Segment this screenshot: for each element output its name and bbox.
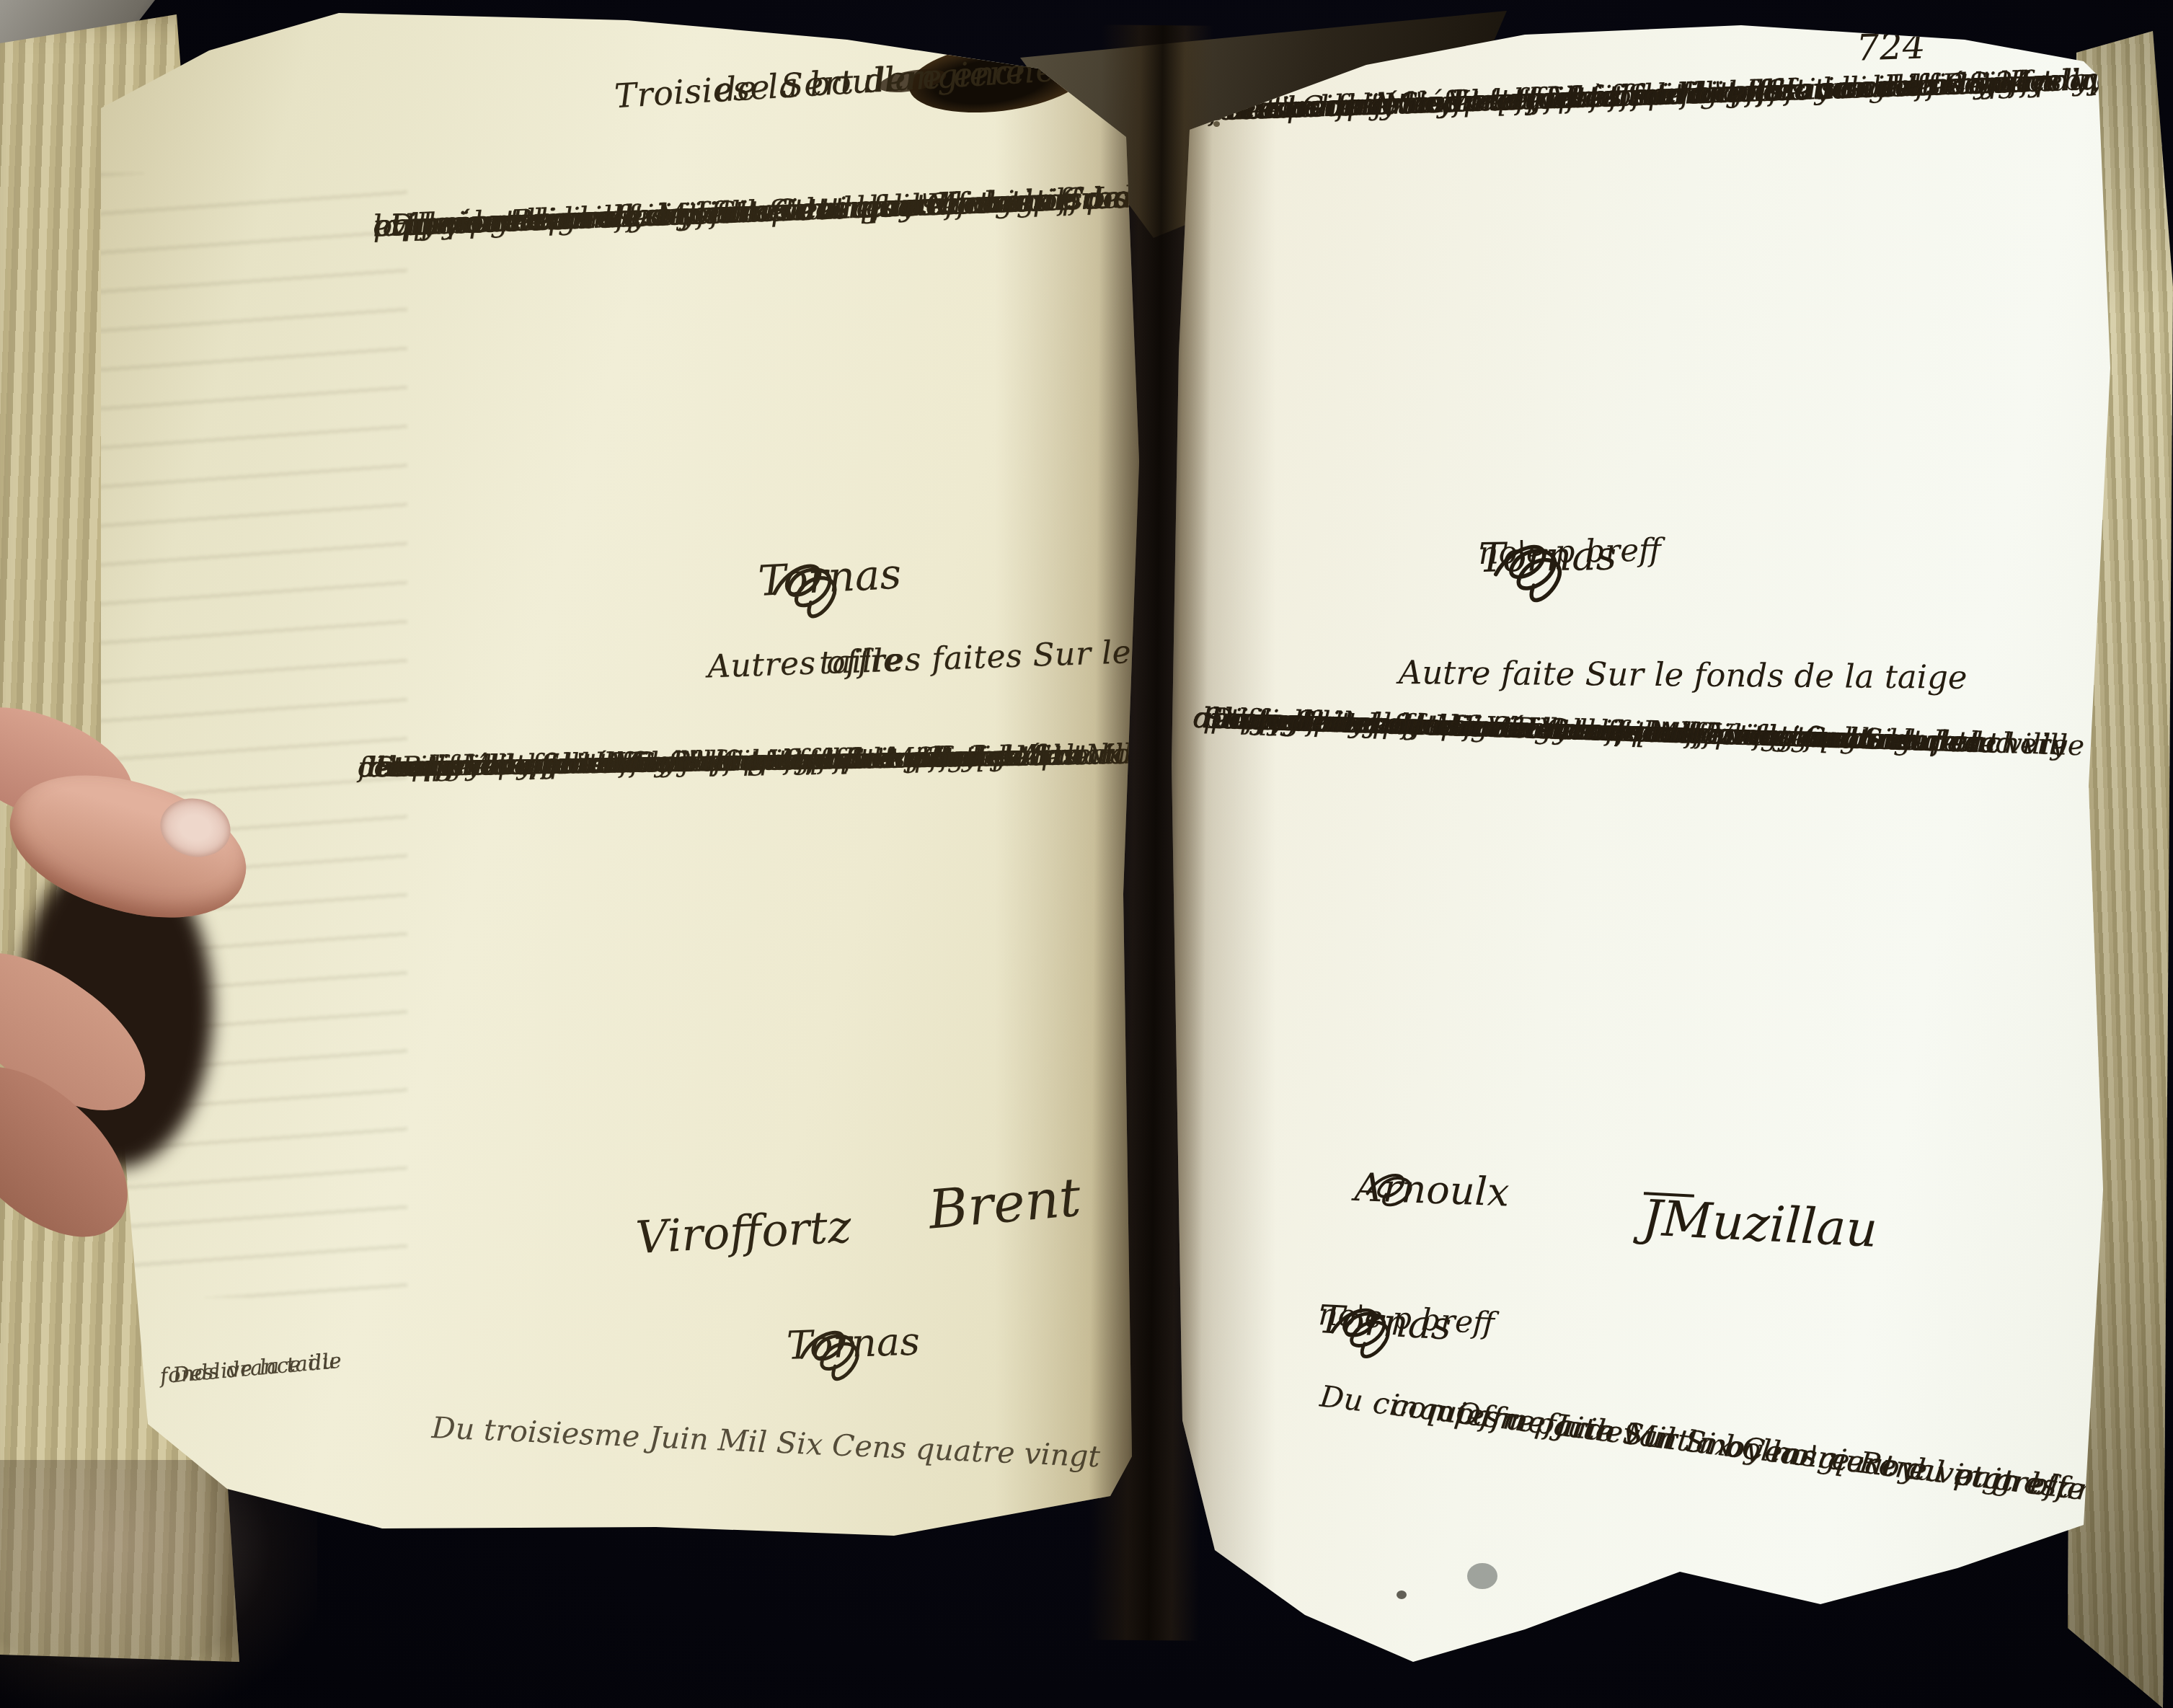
paraph-flourish-icon [1358, 1164, 1432, 1224]
signature-muzillau: JMuzillau [1644, 1190, 1694, 1198]
grey-stain [1467, 1563, 1497, 1589]
manuscript-line: fonds de la taille [159, 1346, 343, 1391]
dark-stain [1397, 1590, 1407, 1599]
manuscript-line: comparu pardevant moy no're Royal et gre… [1389, 1379, 2172, 1525]
signature-name: Viroffortz [634, 1200, 852, 1264]
paraph-flourish-icon [761, 552, 859, 632]
manuscript-line: caution honnoré Viraud marchand et ont s… [375, 738, 1041, 785]
hand-holding-page [0, 692, 317, 1327]
manuscript-line: au jour d'hier après midi [1327, 71, 1699, 130]
signature-suffix: no'e p breff [1478, 532, 1661, 572]
signature-name: Brent [926, 1167, 1084, 1242]
page-number: 724 [1856, 25, 1926, 68]
heading-text: Autre faite Sur le fonds de la taige [1399, 653, 1968, 696]
manuscript-line: taille [818, 634, 903, 689]
signature-name: JMuzillau [1641, 1190, 1879, 1259]
paraph-flourish-icon [790, 1320, 879, 1392]
signature-brent: Brent [926, 1180, 927, 1185]
book-gutter-shadow [1087, 25, 1213, 1640]
manuscript-photo: Troisiese Sert dere enchere pol la fde l… [0, 0, 2173, 1708]
right-page: 724 Lordre de Messieurs les consuls du S… [1150, 7, 2120, 1680]
